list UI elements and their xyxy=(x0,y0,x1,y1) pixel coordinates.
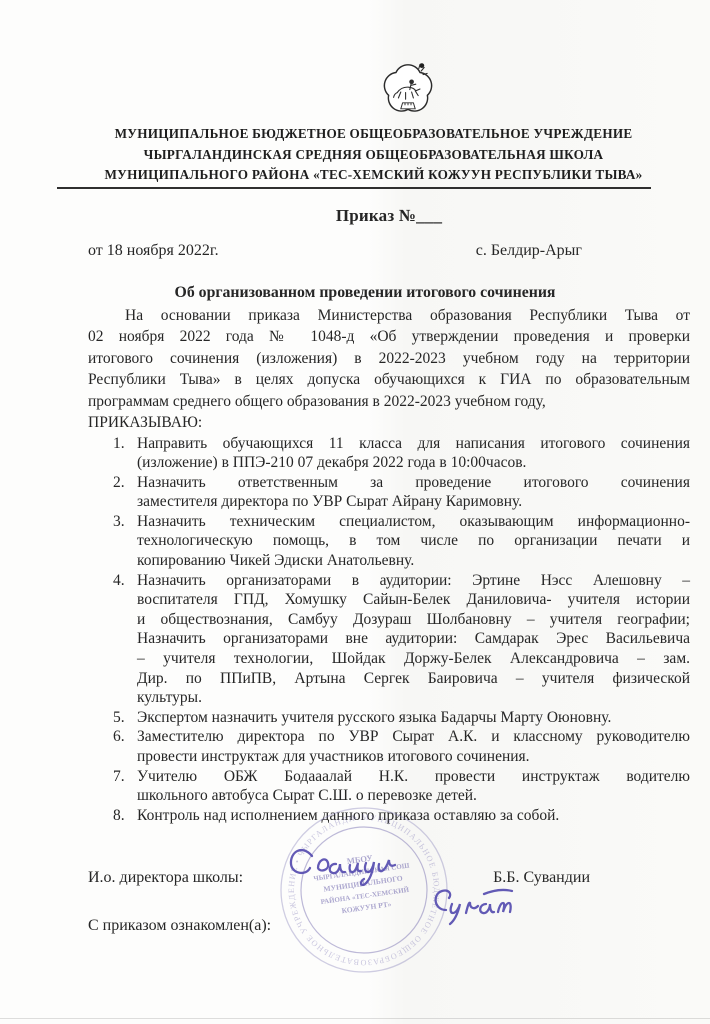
order-item: 4. Назначить организаторами в аудитории:… xyxy=(113,571,690,708)
text-line: провести инструктаж для участников итого… xyxy=(137,747,690,767)
org-line-1: МУНИЦИПАЛЬНОЕ БЮДЖЕТНОЕ ОБЩЕОБРАЗОВАТЕЛЬ… xyxy=(57,124,690,145)
text-line: технологическую помощь, в том числе по о… xyxy=(137,531,690,551)
order-place: с. Белдир-Арыг xyxy=(476,240,582,261)
order-subject: Об организованном проведении итогового с… xyxy=(64,282,666,303)
text-line: итогового сочинения (изложения) в 2022-2… xyxy=(88,348,690,370)
director-label: И.о. директора школы: xyxy=(88,867,243,889)
order-item: 7. Учителю ОБЖ Бодааалай Н.К. провести и… xyxy=(113,767,690,806)
item-number: 3. xyxy=(113,512,137,571)
director-name: Б.Б. Сувандии xyxy=(493,867,590,889)
item-number: 4. xyxy=(113,571,137,708)
resolve-word: ПРИКАЗЫВАЮ: xyxy=(88,412,690,434)
text-line: программам среднего общего образования в… xyxy=(88,391,690,413)
scan-bottom-edge xyxy=(0,1018,710,1020)
order-item: 8. Контроль над исполнением данного прик… xyxy=(113,806,690,826)
order-item: 2. Назначить ответственным за проведение… xyxy=(113,473,690,512)
item-number: 1. xyxy=(113,434,137,473)
text-line: и обществознания, Самбуу Дозураш Шолбано… xyxy=(137,610,690,630)
director-signature-row: И.о. директора школы: Б.Б. Сувандии xyxy=(88,867,690,889)
item-number: 6. xyxy=(113,727,137,766)
item-text: Контроль над исполнением данного приказа… xyxy=(137,806,690,826)
svg-text:МБОУ: МБОУ xyxy=(346,852,374,866)
text-line: Дир. по ППиПВ, Артына Сергек Баировича –… xyxy=(137,669,690,689)
text-line: Учителю ОБЖ Бодааалай Н.К. провести инст… xyxy=(137,767,690,787)
text-line: Заместителю директора по УВР Сырат А.К. … xyxy=(137,727,690,747)
item-text: Заместителю директора по УВР Сырат А.К. … xyxy=(137,727,690,766)
text-line: – учителя технологии, Шойдак Доржу-Белек… xyxy=(137,649,690,669)
stamp-inner-ring xyxy=(293,819,435,961)
text-line: Контроль над исполнением данного приказа… xyxy=(137,806,690,826)
text-line: воспитателя ГПД, Хомушку Сайын-Белек Дан… xyxy=(137,590,690,610)
svg-text:КОЖУУН РТ»: КОЖУУН РТ» xyxy=(341,899,392,915)
text-line: Назначить организаторами в аудитории: Эр… xyxy=(137,571,690,591)
text-line: культуры. xyxy=(137,688,690,708)
text-line: (изложение) в ППЭ-210 07 декабря 2022 го… xyxy=(137,453,690,473)
emblem-svg xyxy=(378,57,438,121)
date-place-row: от 18 ноября 2022г. с. Белдир-Арыг xyxy=(88,240,690,261)
text-line: школьного автобуса Сырат С.Ш. о перевозк… xyxy=(137,786,690,806)
text-line: Назначить организаторами вне аудитории: … xyxy=(137,629,690,649)
org-line-2: ЧЫРГАЛАНДИНСКАЯ СРЕДНЯЯ ОБЩЕОБРАЗОВАТЕЛЬ… xyxy=(57,145,690,166)
item-text: Назначить техническим специалистом, оказ… xyxy=(137,512,690,571)
order-number-title: Приказ №___ xyxy=(88,204,690,227)
text-line: На основании приказа Министерства образо… xyxy=(88,305,690,327)
item-number: 2. xyxy=(113,473,137,512)
text-line: Назначить ответственным за проведение ит… xyxy=(137,473,690,493)
scanned-order-document: МУНИЦИПАЛЬНОЕ БЮДЖЕТНОЕ ОБЩЕОБРАЗОВАТЕЛЬ… xyxy=(0,0,710,1024)
org-header: МУНИЦИПАЛЬНОЕ БЮДЖЕТНОЕ ОБЩЕОБРАЗОВАТЕЛЬ… xyxy=(57,124,690,186)
text-line: заместителя директора по УВР Сырат Айран… xyxy=(137,492,690,512)
text-line: Направить обучающихся 11 класса для напи… xyxy=(137,434,690,454)
order-item: 6. Заместителю директора по УВР Сырат А.… xyxy=(113,727,690,766)
header-rule xyxy=(57,187,651,189)
order-item: 5. Экспертом назначить учителя русского … xyxy=(113,708,690,728)
acknowledged-row: С приказом ознакомлен(а): xyxy=(88,915,690,937)
item-number: 8. xyxy=(113,806,137,826)
preamble: На основании приказа Министерства образо… xyxy=(88,305,690,413)
order-item: 1. Направить обучающихся 11 класса для н… xyxy=(113,434,690,473)
text-line: Республики Тыва» в целях допуска обучающ… xyxy=(88,369,690,391)
acknowledged-label: С приказом ознакомлен(а): xyxy=(88,917,271,934)
item-text: Назначить организаторами в аудитории: Эр… xyxy=(137,571,690,708)
order-date: от 18 ноября 2022г. xyxy=(88,240,219,261)
item-number: 5. xyxy=(113,708,137,728)
item-text: Экспертом назначить учителя русского язы… xyxy=(137,708,690,728)
text-line: Экспертом назначить учителя русского язы… xyxy=(137,708,690,728)
item-text: Направить обучающихся 11 класса для напи… xyxy=(137,434,690,473)
text-line: копированию Чикей Эдиски Анатольевну. xyxy=(137,551,690,571)
order-item: 3. Назначить техническим специалистом, о… xyxy=(113,512,690,571)
text-line: 02 ноября 2022 года № 1048-д «Об утвержд… xyxy=(88,326,690,348)
tuva-horseman-emblem xyxy=(378,57,438,121)
org-line-3: МУНИЦИПАЛЬНОГО РАЙОНА «ТЕС-ХЕМСКИЙ КОЖУУ… xyxy=(57,165,690,186)
item-text: Назначить ответственным за проведение ит… xyxy=(137,473,690,512)
text-line: Назначить техническим специалистом, оказ… xyxy=(137,512,690,532)
item-text: Учителю ОБЖ Бодааалай Н.К. провести инст… xyxy=(137,767,690,806)
item-number: 7. xyxy=(113,767,137,806)
order-items-list: 1. Направить обучающихся 11 класса для н… xyxy=(88,434,690,826)
